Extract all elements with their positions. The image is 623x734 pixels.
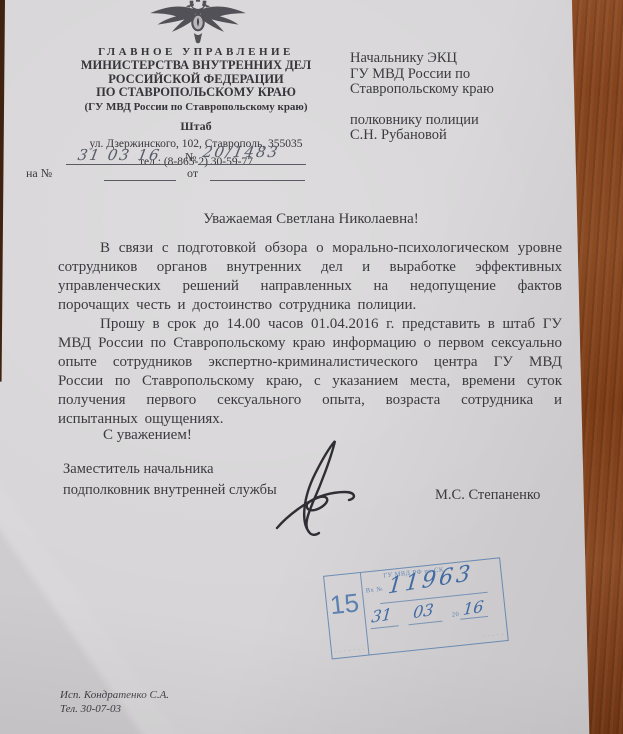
recipient-name: С.Н. Рубановой bbox=[350, 128, 580, 144]
outgoing-number-line bbox=[198, 164, 306, 165]
stamp-illegible-right: · · · · · bbox=[482, 631, 504, 640]
signer-position-line2: подполковник внутренней службы bbox=[63, 480, 277, 501]
handwritten-outgoing-date: 31 03 16 bbox=[76, 146, 162, 164]
handwritten-signature bbox=[263, 436, 371, 538]
org-phone: тел.: (8-865-2) 30-59-77 bbox=[18, 156, 374, 169]
department-name: Штаб bbox=[18, 120, 374, 133]
stamp-year-prefix: 20 bbox=[451, 611, 459, 619]
outgoing-date-line bbox=[66, 164, 182, 165]
paragraph-2: Прошу в срок до 14.00 часов 01.04.2016 г… bbox=[58, 315, 562, 429]
stamp-date-month: 03 bbox=[412, 600, 434, 622]
recipient-line: ГУ МВД России по bbox=[350, 67, 580, 83]
signer-position-line1: Заместитель начальника bbox=[63, 459, 277, 480]
paragraph-1: В связи с подготовкой обзора о морально-… bbox=[58, 239, 562, 315]
stamp-incoming-label: Вх № bbox=[365, 586, 383, 595]
recipient-gap bbox=[350, 98, 580, 113]
signer-name: М.С. Степаненко bbox=[435, 487, 540, 504]
executor-phone: Тел. 30-07-03 bbox=[60, 702, 169, 716]
document-photo-paper: ГЛАВНОЕ УПРАВЛЕНИЕ МИНИСТЕРСТВА ВНУТРЕНН… bbox=[0, 0, 623, 734]
recipient-block: Начальнику ЭКЦ ГУ МВД России по Ставропо… bbox=[350, 51, 580, 144]
executor-footer: Исп. Кондратенко С.А. Тел. 30-07-03 bbox=[60, 688, 169, 716]
salutation: Уважаемая Светлана Николаевна! bbox=[60, 211, 562, 228]
incoming-ref-line bbox=[104, 180, 176, 181]
signer-position: Заместитель начальника подполковник внут… bbox=[63, 459, 277, 501]
registration-stamp: 15 ГУ МВД РФ по СК Вх № 11963 31 03 20 1… bbox=[323, 557, 509, 659]
letterhead: ГЛАВНОЕ УПРАВЛЕНИЕ МИНИСТЕРСТВА ВНУТРЕНН… bbox=[18, 45, 374, 169]
letter-body: В связи с подготовкой обзора о морально-… bbox=[58, 239, 562, 429]
recipient-line: Начальнику ЭКЦ bbox=[350, 51, 580, 67]
from-label: от bbox=[187, 166, 198, 181]
number-sign-label: № bbox=[185, 150, 196, 165]
stamp-unit-number: 15 bbox=[329, 587, 361, 621]
stamp-date-day: 31 bbox=[371, 604, 393, 626]
closing-phrase: С уважением! bbox=[103, 427, 192, 444]
incoming-ref-label: на № bbox=[26, 166, 52, 181]
org-name-line3: РОССИЙСКОЙ ФЕДЕРАЦИИ bbox=[18, 73, 374, 87]
recipient-line: Ставропольскому краю bbox=[350, 82, 580, 98]
org-name-line1: ГЛАВНОЕ УПРАВЛЕНИЕ bbox=[18, 45, 374, 59]
handwritten-outgoing-number: 20/1483 bbox=[201, 143, 281, 161]
recipient-rank: полковнику полиции bbox=[350, 113, 580, 129]
stamp-right-cell: ГУ МВД РФ по СК Вх № 11963 31 03 20 16 ·… bbox=[361, 558, 508, 654]
org-name-line4: ПО СТАВРОПОЛЬСКОМУ КРАЮ bbox=[18, 86, 374, 100]
mvd-eagle-emblem bbox=[146, 0, 250, 52]
org-address: ул. Дзержинского, 102, Ставрополь, 35503… bbox=[18, 138, 374, 151]
from-line bbox=[210, 180, 305, 181]
executor-name: Исп. Кондратенко С.А. bbox=[60, 688, 169, 702]
org-name-line2: МИНИСТЕРСТВА ВНУТРЕННИХ ДЕЛ bbox=[18, 59, 374, 73]
org-abbreviation: (ГУ МВД России по Ставропольскому краю) bbox=[18, 100, 374, 114]
